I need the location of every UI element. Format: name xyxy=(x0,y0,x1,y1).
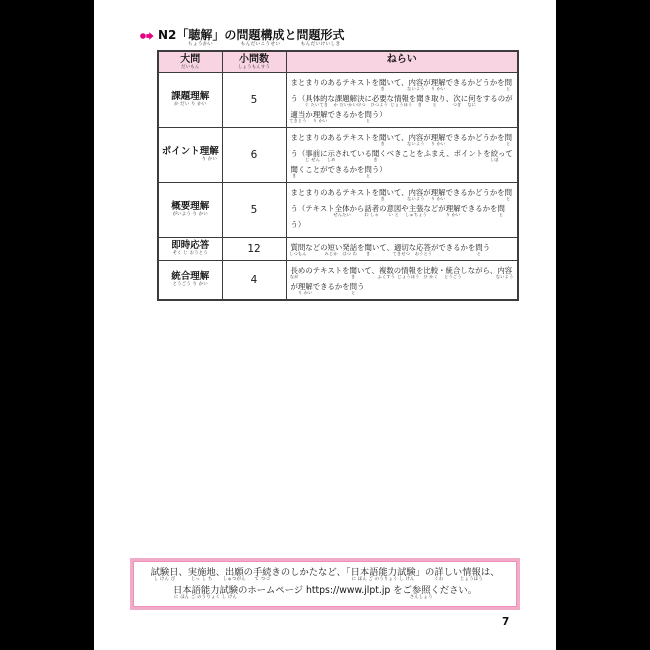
furigana-word: 内容ないよう xyxy=(408,134,423,141)
furigana-word: 全体ぜんたい xyxy=(335,205,350,212)
furigana-word: 問と xyxy=(350,283,357,290)
question-count-cell: 5 xyxy=(222,183,286,238)
furigana-word: 理解り かい xyxy=(298,283,313,290)
furigana-word: 問と xyxy=(505,134,512,141)
furigana-word: 話者わ しゃ xyxy=(364,205,379,212)
furigana-word: 理解り かい xyxy=(446,205,461,212)
furigana-word: 聞き xyxy=(379,134,386,141)
question-count-cell: 6 xyxy=(222,128,286,183)
furigana-word: 質問しつもん xyxy=(291,244,306,251)
furigana-word: 複数ふくすう xyxy=(379,267,394,274)
furigana-word: 何なに xyxy=(468,95,475,102)
furigana-word: 小問数しょうもんすう xyxy=(239,55,269,65)
furigana-word: 大問だいもん xyxy=(180,55,200,65)
nerai-cell: 長ながめのテキストを聞きいて、複数ふくすうの情報じょうほうを比較ひ かく・統合と… xyxy=(286,261,518,301)
col-header-daimon: 大問だいもん xyxy=(158,51,222,73)
furigana-word: 問と xyxy=(497,205,504,212)
furigana-word: 問と xyxy=(364,166,371,173)
furigana-word: 課題解決か だいかいけつ xyxy=(335,95,365,102)
furigana-word: 長なが xyxy=(291,267,298,274)
furigana-word: 情報じょうほう xyxy=(401,267,416,274)
furigana-word: 日本語能力試験に ほん ご のうりょく し けん xyxy=(173,586,238,595)
info-line-2: 日本語能力試験に ほん ご のうりょく し けんのホームページ https://… xyxy=(137,582,513,600)
section-title: N2「聴解ちょうかい」の問題構成もんだいこうせいと問題形式もんだいけいしき xyxy=(140,29,344,41)
furigana-word: 出願しゅつがん xyxy=(225,568,244,577)
furigana-word: 問と xyxy=(364,111,371,118)
furigana-word: 適当てきとう xyxy=(291,111,306,118)
furigana-word: 統合とうごう xyxy=(446,267,461,274)
furigana-word: 概要理解がいよう り かい xyxy=(171,202,209,212)
furigana-word: 統合理解とうごう り かい xyxy=(171,272,209,282)
furigana-word: 即時応答そく じ おうとう xyxy=(171,241,209,251)
furigana-word: 理解り かい xyxy=(313,111,328,118)
info-box: 試験日し けん び、実施地じっ し ち、出願しゅつがんの手続て つづきのしかたな… xyxy=(130,558,520,610)
arrow-bullet-icon xyxy=(140,31,154,41)
furigana-word: 実施地じっ し ち xyxy=(188,568,216,577)
table-row: 概要理解がいよう り かい5まとまりのあるテキストを聞きいて、内容ないようが理解… xyxy=(158,183,518,238)
question-count-cell: 12 xyxy=(222,238,286,261)
furigana-word: 適切てきせつ xyxy=(394,244,409,251)
daimon-cell: 統合理解とうごう り かい xyxy=(158,261,222,301)
furigana-word: 理解り かい xyxy=(431,134,446,141)
furigana-word: 理解り かい xyxy=(431,79,446,86)
furigana-word: 聞き xyxy=(372,150,379,157)
table-body: 課題理解か だい り かい5まとまりのあるテキストを聞きいて、内容ないようが理解… xyxy=(158,73,518,301)
daimon-cell: ポイント理解り かい xyxy=(158,128,222,183)
question-structure-table: 大問だいもん 小問数しょうもんすう ねらい 課題理解か だい り かい5まとまり… xyxy=(157,50,519,301)
furigana-word: 具体的ぐ たいてき xyxy=(305,95,327,102)
furigana-word: 次つぎ xyxy=(453,95,460,102)
nerai-cell: 質問しつもんなどの短みじかい発話はつ わを聞きいて、適切てきせつな応答おうとうが… xyxy=(286,238,518,261)
daimon-cell: 即時応答そく じ おうとう xyxy=(158,238,222,261)
furigana-word: 比較ひ かく xyxy=(423,267,438,274)
col-header-nerai: ねらい xyxy=(286,51,518,73)
furigana-word: 聞き xyxy=(416,95,423,102)
furigana-word: 内容ないよう xyxy=(497,267,512,274)
book-page: N2「聴解ちょうかい」の問題構成もんだいこうせいと問題形式もんだいけいしき 大問… xyxy=(94,0,556,650)
furigana-word: 短みじか xyxy=(327,244,334,251)
nerai-cell: まとまりのあるテキストを聞きいて、内容ないようが理解り かいできるかどうかを問と… xyxy=(286,73,518,128)
furigana-word: 主張しゅちょう xyxy=(409,205,424,212)
furigana-word: 発話はつ わ xyxy=(342,244,357,251)
table-row: ポイント理解り かい6まとまりのあるテキストを聞きいて、内容ないようが理解り か… xyxy=(158,128,518,183)
info-line-1: 試験日し けん び、実施地じっ し ち、出願しゅつがんの手続て つづきのしかたな… xyxy=(137,564,513,582)
furigana-word: 参照さんしょう xyxy=(412,586,431,595)
furigana-word: 手続て つづ xyxy=(253,568,272,577)
nerai-cell: まとまりのあるテキストを聞きいて、内容ないようが理解り かいできるかどうかを問と… xyxy=(286,183,518,238)
daimon-cell: 概要理解がいよう り かい xyxy=(158,183,222,238)
question-count-cell: 4 xyxy=(222,261,286,301)
furigana-word: 聞き xyxy=(379,189,386,196)
table-row: 即時応答そく じ おうとう12質問しつもんなどの短みじかい発話はつ わを聞きいて… xyxy=(158,238,518,261)
furigana-word: 聞き xyxy=(365,244,372,251)
daimon-cell: 課題理解か だい り かい xyxy=(158,73,222,128)
furigana-word: 応答おうとう xyxy=(416,244,431,251)
furigana-word: 問と xyxy=(505,189,512,196)
furigana-word: 詳くわ xyxy=(434,568,443,577)
furigana-word: 聞き xyxy=(379,79,386,86)
furigana-word: 理解り かい xyxy=(200,147,219,157)
furigana-word: 示しめ xyxy=(328,150,335,157)
furigana-word: 問と xyxy=(505,79,512,86)
section-title-text: N2「聴解ちょうかい」の問題構成もんだいこうせいと問題形式もんだいけいしき xyxy=(158,29,344,41)
col-header-shomonsu: 小問数しょうもんすう xyxy=(222,51,286,73)
furigana-word: 聴解ちょうかい xyxy=(188,29,212,41)
furigana-word: 必要ひつよう xyxy=(372,95,387,102)
table-header-row: 大問だいもん 小問数しょうもんすう ねらい xyxy=(158,51,518,73)
furigana-word: 情報じょうほう xyxy=(462,568,481,577)
furigana-word: 試験日し けん び xyxy=(151,568,179,577)
table-row: 課題理解か だい り かい5まとまりのあるテキストを聞きいて、内容ないようが理解… xyxy=(158,73,518,128)
furigana-word: 聞き xyxy=(350,267,357,274)
furigana-word: 日本語能力試験に ほん ご のうりょく し けん xyxy=(351,568,416,577)
furigana-word: 絞しぼ xyxy=(491,150,498,157)
furigana-word: 理解り かい xyxy=(431,189,446,196)
furigana-word: 意図い と xyxy=(387,205,402,212)
furigana-word: 問題形式もんだいけいしき xyxy=(296,29,344,41)
furigana-word: 内容ないよう xyxy=(408,189,423,196)
table-row: 統合理解とうごう り かい4長ながめのテキストを聞きいて、複数ふくすうの情報じょ… xyxy=(158,261,518,301)
photo-background: { "colors": { "accent_magenta": "#e4007f… xyxy=(0,0,650,650)
question-count-cell: 5 xyxy=(222,73,286,128)
furigana-word: 取と xyxy=(431,95,438,102)
furigana-word: 聞き xyxy=(291,166,298,173)
furigana-word: 問題構成もんだいこうせい xyxy=(236,29,284,41)
furigana-word: 情報じょうほう xyxy=(394,95,409,102)
nerai-cell: まとまりのあるテキストを聞きいて、内容ないようが理解り かいできるかどうかを問と… xyxy=(286,128,518,183)
furigana-word: 問と xyxy=(475,244,482,251)
furigana-word: 内容ないよう xyxy=(408,79,423,86)
furigana-word: 事前じ ぜん xyxy=(305,150,320,157)
page-number: 7 xyxy=(502,616,509,628)
furigana-word: 課題理解か だい り かい xyxy=(171,92,209,102)
